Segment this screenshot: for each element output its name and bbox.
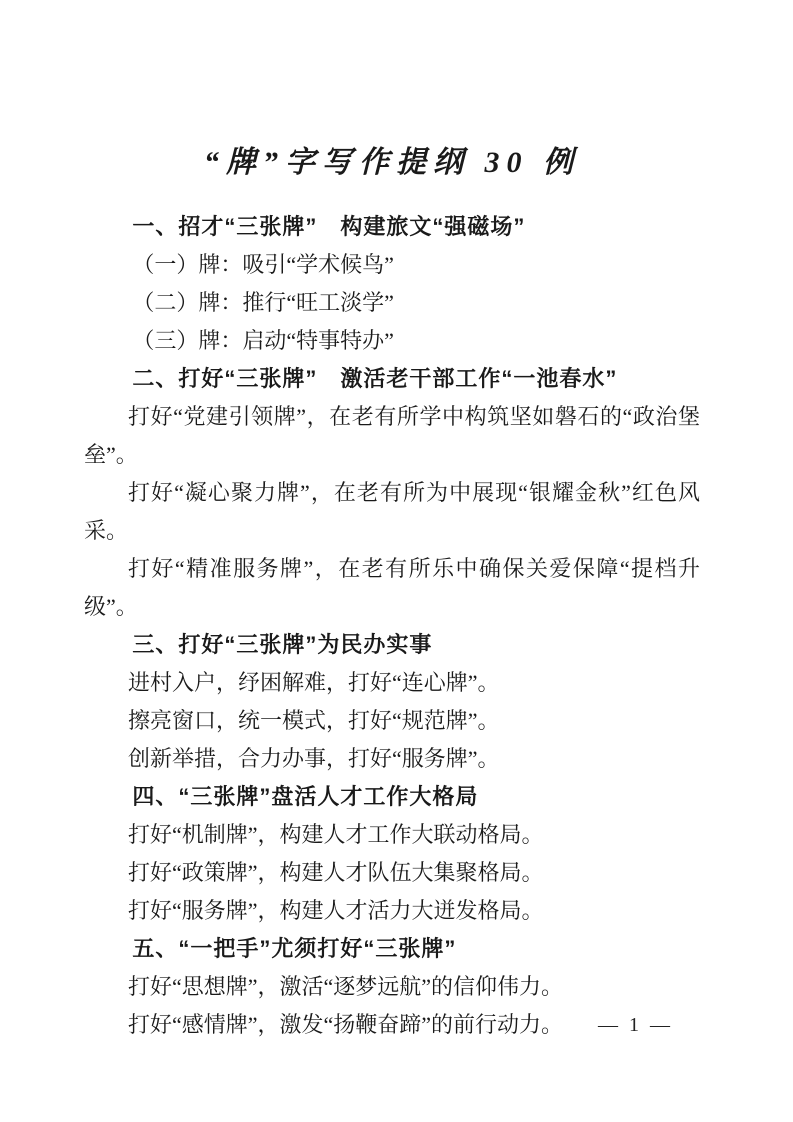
body-paragraph: 打好“服务牌”，构建人才活力大迸发格局。: [84, 892, 700, 930]
body-paragraph: 打好“机制牌”，构建人才工作大联动格局。: [84, 816, 700, 854]
body-paragraph: 打好“思想牌”，激活“逐梦远航”的信仰伟力。: [84, 968, 700, 1006]
section-heading: 一、招才“三张牌” 构建旅文“强磁场”: [84, 208, 700, 246]
outline-subitem: （一）牌：吸引“学术候鸟”: [84, 246, 700, 284]
section-heading: 五、“一把手”尤须打好“三张牌”: [84, 930, 700, 968]
body-paragraph: 擦亮窗口，统一模式，打好“规范牌”。: [84, 702, 700, 740]
body-paragraph: 打好“政策牌”，构建人才队伍大集聚格局。: [84, 854, 700, 892]
document-page: “牌”字写作提纲 30 例 一、招才“三张牌” 构建旅文“强磁场”（一）牌：吸引…: [0, 0, 793, 1122]
document-title: “牌”字写作提纲 30 例: [84, 142, 700, 184]
section-heading: 四、“三张牌”盘活人才工作大格局: [84, 778, 700, 816]
body-paragraph: 进村入户，纾困解难，打好“连心牌”。: [84, 664, 700, 702]
body-paragraph: 打好“党建引领牌”，在老有所学中构筑坚如磐石的“政治堡垒”。: [84, 398, 700, 474]
body-paragraph: 打好“凝心聚力牌”，在老有所为中展现“银耀金秋”红色风采。: [84, 474, 700, 550]
body-paragraph: 打好“精准服务牌”，在老有所乐中确保关爱保障“提档升级”。: [84, 550, 700, 626]
page-number: — 1 —: [598, 1014, 673, 1036]
document-body: 一、招才“三张牌” 构建旅文“强磁场”（一）牌：吸引“学术候鸟”（二）牌：推行“…: [84, 208, 700, 1044]
section-heading: 二、打好“三张牌” 激活老干部工作“一池春水”: [84, 360, 700, 398]
section-heading: 三、打好“三张牌”为民办实事: [84, 626, 700, 664]
outline-subitem: （三）牌：启动“特事特办”: [84, 322, 700, 360]
page-footer: — 1 —: [598, 1014, 673, 1037]
outline-subitem: （二）牌：推行“旺工淡学”: [84, 284, 700, 322]
body-paragraph: 创新举措，合力办事，打好“服务牌”。: [84, 740, 700, 778]
